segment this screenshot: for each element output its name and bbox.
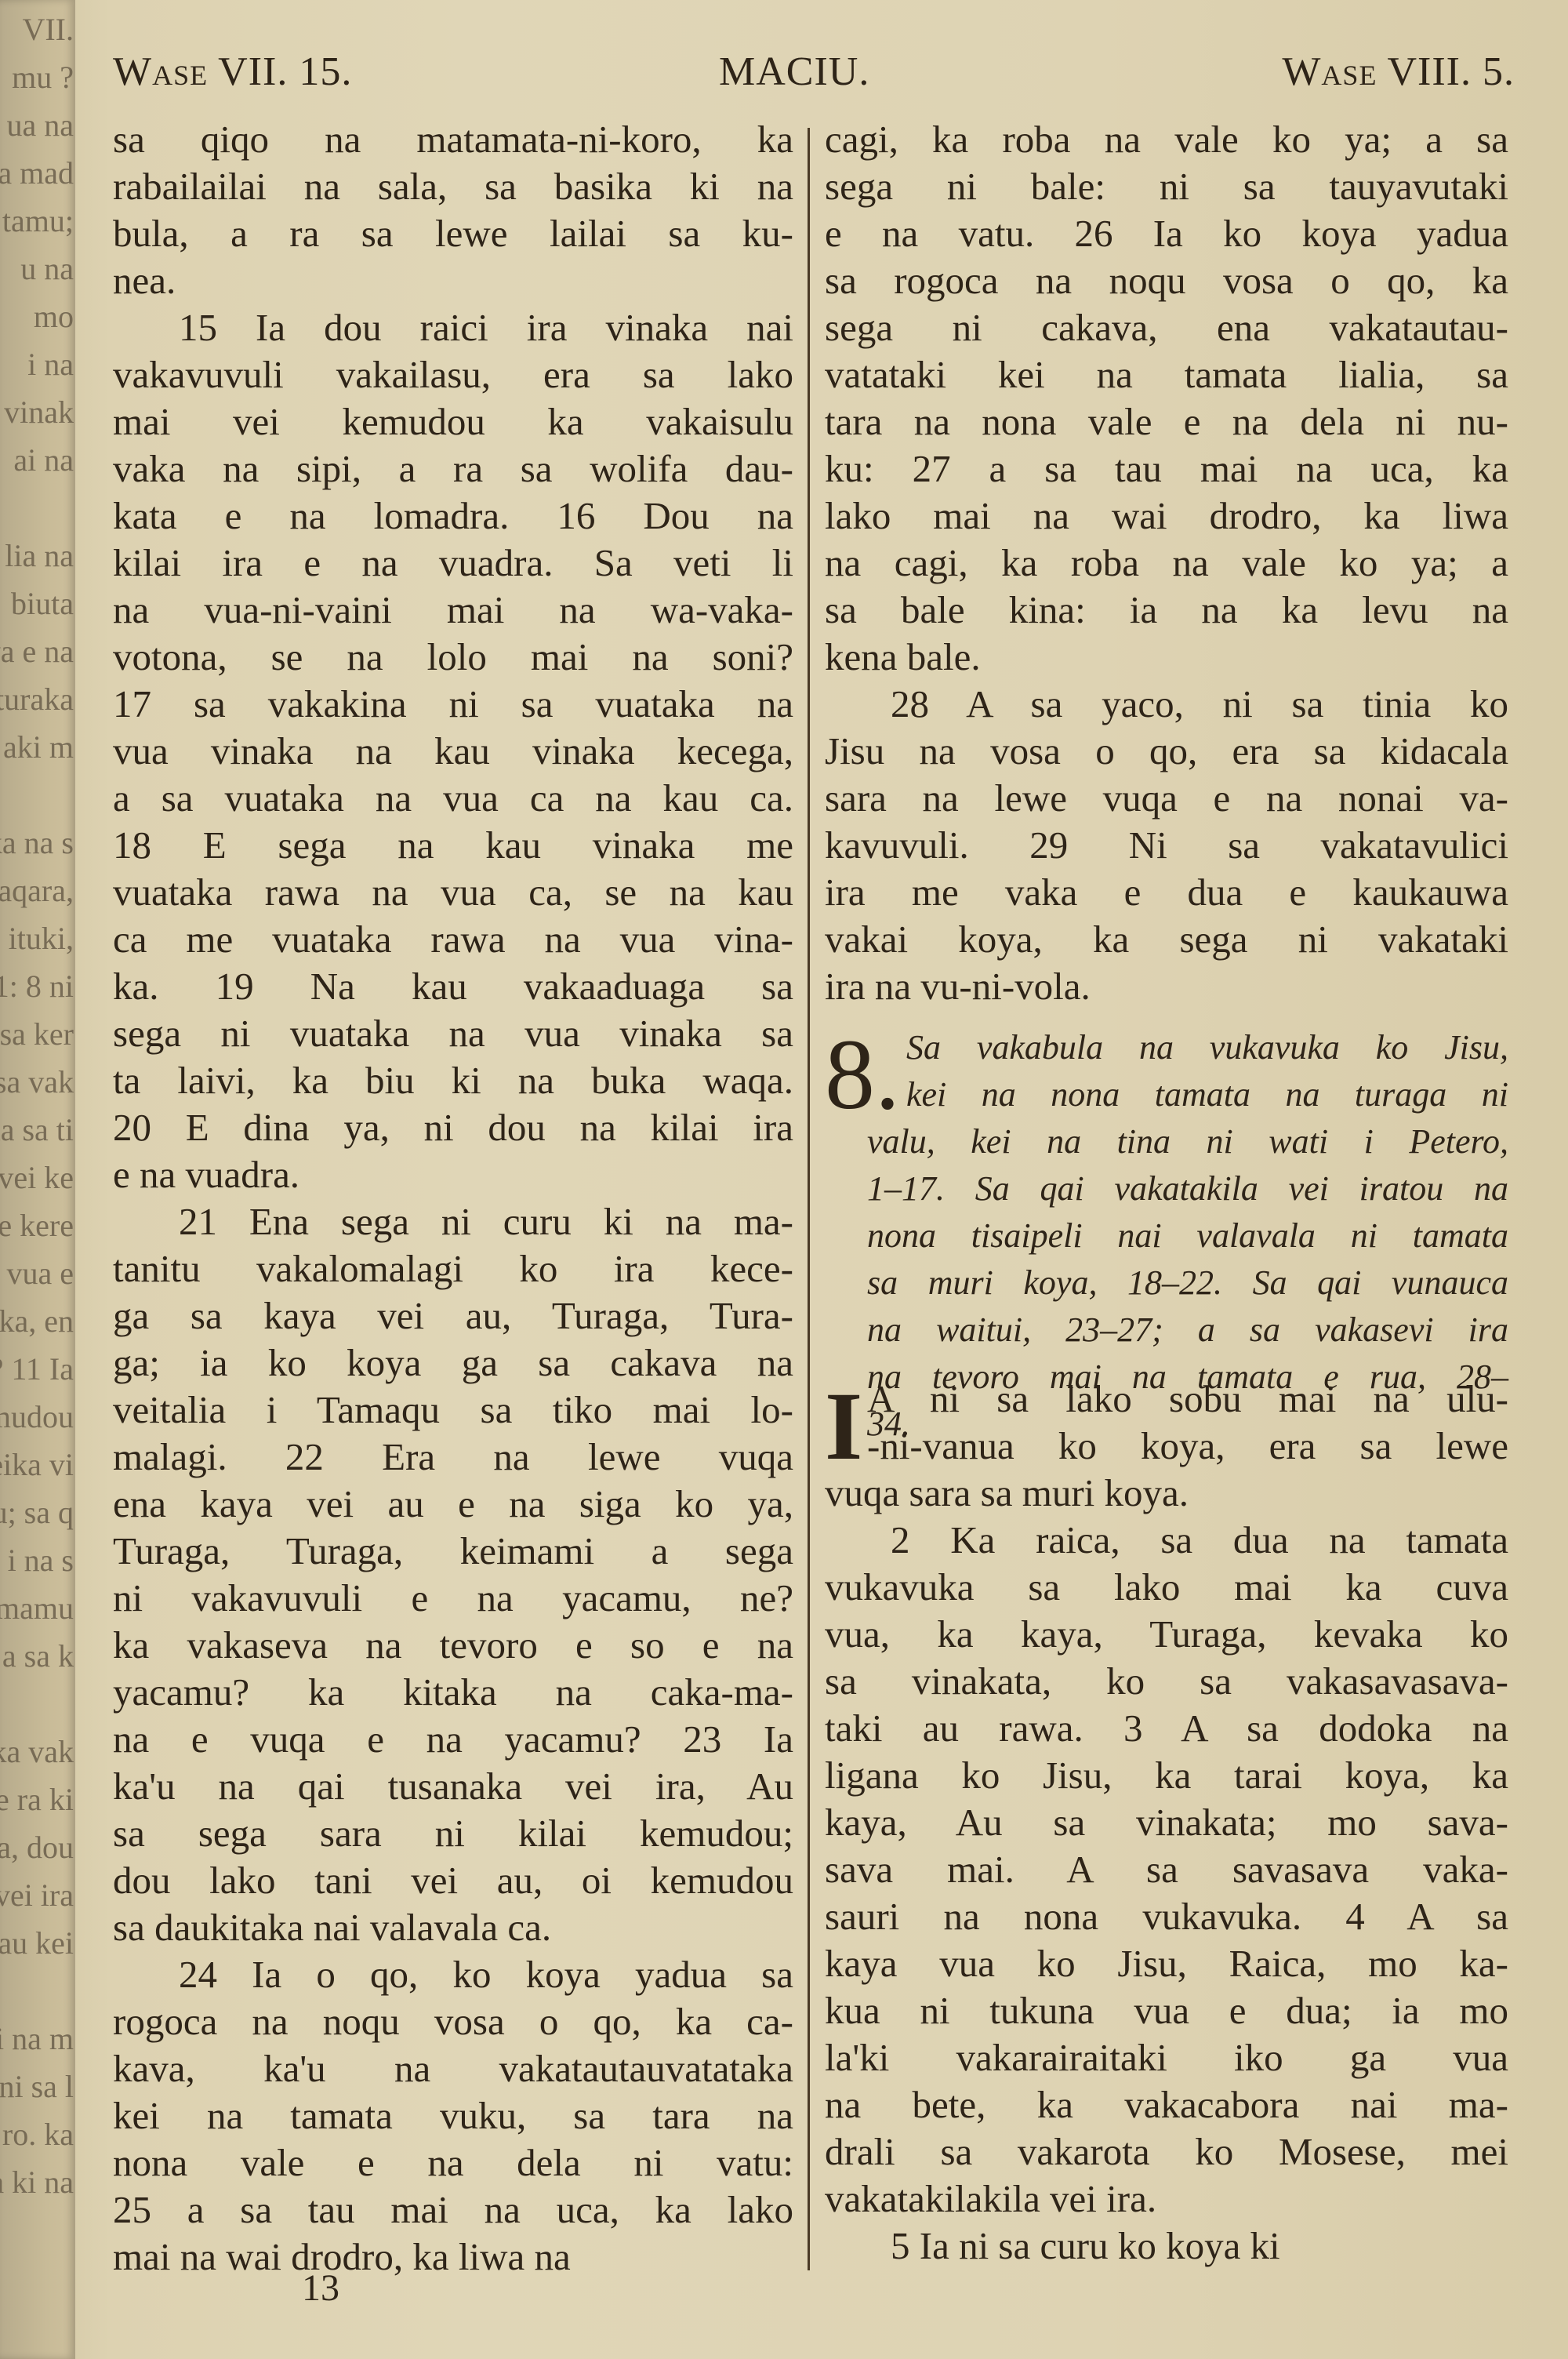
text-line: na cagi, ka roba na vale ko ya; a: [825, 540, 1508, 587]
text-line: sega ni bale: ni sa tauyavutaki: [825, 163, 1508, 210]
text-line: -ni-vanua ko koya, era sa lewe: [825, 1423, 1508, 1470]
text-line: Turaga, Turaga, keimami a sega: [113, 1528, 793, 1575]
bleed-text-fragment: e kere: [0, 1207, 74, 1244]
chapter-number: 8.: [825, 1027, 900, 1121]
text-line: 25 a sa tau mai na uca, ka lako: [113, 2186, 793, 2234]
text-line: ira na vu-ni-vola.: [825, 963, 1508, 1010]
text-line: ta laivi, ka biu ki na buka waqa.: [113, 1057, 793, 1104]
text-line: na waitui, 23–27; a sa vakasevi ira: [825, 1307, 1508, 1354]
text-line: bula, a ra sa lewe lailai sa ku-: [113, 210, 793, 257]
bleed-text-fragment: va e na: [0, 633, 74, 670]
text-line: sa bale kina: ia na ka levu na: [825, 587, 1508, 634]
header-book-title: MACIU.: [719, 49, 869, 95]
text-line: Sa vakabula na vukavuka ko Jisu,: [825, 1024, 1508, 1071]
text-line: kei na nona tamata na turaga ni: [825, 1071, 1508, 1118]
text-line: lako mai na wai drodro, ka liwa: [825, 493, 1508, 540]
text-line: veitalia i Tamaqu sa tiko mai lo-: [113, 1387, 793, 1434]
text-line: sava mai. A sa savasava vaka-: [825, 1846, 1508, 1893]
text-line: na bete, ka vakacabora nai ma-: [825, 2081, 1508, 2128]
bleed-text-fragment: tamu;: [2, 202, 74, 239]
bleed-text-fragment: a vinak: [0, 394, 74, 431]
bleed-text-fragment: ro. ka: [2, 2116, 74, 2153]
bleed-text-fragment: me ra ki: [0, 1781, 74, 1818]
text-line: vuataka rawa na vua ca, se na kau: [113, 869, 793, 916]
text-line: vakai koya, ka sega ni vakataki: [825, 916, 1508, 963]
text-line: a sa vuataka na vua ca na kau ca.: [113, 775, 793, 822]
text-line: vukavuka sa lako mai ka cuva: [825, 1564, 1508, 1611]
bleed-text-fragment: mo: [34, 298, 74, 335]
bleed-text-fragment: vei ke: [0, 1159, 74, 1196]
text-line: yacamu? ka kitaka na caka-ma-: [113, 1669, 793, 1716]
text-line: sega ni cakava, ena vakatautau-: [825, 304, 1508, 351]
text-line: sara na lewe vuqa e na nonai va-: [825, 775, 1508, 822]
text-line: rabailailai na sala, sa basika ki na: [113, 163, 793, 210]
text-line: kilai ira e na vuadra. Sa veti li: [113, 540, 793, 587]
text-line: vuqa sara sa muri koya.: [825, 1470, 1508, 1517]
text-line: ka vakaseva na tevoro e so e na: [113, 1622, 793, 1669]
header-right-reference: Wase VIII. 5.: [1282, 49, 1515, 95]
text-line: 17 sa vakakina ni sa vuataka na: [113, 681, 793, 728]
text-line: e na vuadra.: [113, 1151, 793, 1198]
facing-page-edge: VII.mu ?ua naa madtamu;u namoi naa vinak…: [0, 0, 75, 2359]
chapter-opening: I A ni sa lako sobu mai na ulu--ni-vanua…: [825, 1376, 1508, 2270]
left-column: sa qiqo na matamata-ni-koro, karabailail…: [113, 116, 793, 2281]
text-line: A ni sa lako sobu mai na ulu-: [825, 1376, 1508, 1423]
bleed-text-fragment: ni sa l: [0, 2068, 74, 2105]
bleed-text-fragment: aki m: [3, 729, 74, 765]
bleed-text-fragment: a sa k: [2, 1637, 74, 1674]
bleed-text-fragment: a sa vak: [0, 1063, 74, 1100]
text-line: sa qiqo na matamata-ni-koro, ka: [113, 116, 793, 163]
bleed-text-fragment: ka na s: [0, 824, 74, 861]
text-line: ena kaya vei au e na siga ko ya,: [113, 1481, 793, 1528]
bleed-text-fragment: ituki,: [9, 920, 74, 957]
bleed-text-fragment: ika, en: [0, 1303, 74, 1339]
text-line: tanitu vakalomalagi ko ira kece-: [113, 1245, 793, 1292]
text-line: drali sa vakarota ko Mosese, mei: [825, 2128, 1508, 2175]
running-header: Wase VII. 15. MACIU. Wase VIII. 5.: [113, 49, 1515, 96]
text-line: nona tisaipeli nai valavala ni tamata: [825, 1212, 1508, 1259]
text-line: sa sega sara ni kilai kemudou;: [113, 1810, 793, 1857]
bleed-text-fragment: VII.: [22, 11, 74, 48]
bleed-text-fragment: ai na: [13, 442, 74, 478]
bleed-text-fragment: i na: [27, 346, 74, 383]
bleed-text-fragment: Tamamu: [0, 1590, 74, 1627]
text-line: mai na wai drodro, ka liwa na: [113, 2234, 793, 2281]
bleed-text-fragment: ka vak: [0, 1733, 74, 1770]
text-line: 5 Ia ni sa curu ko koya ki: [825, 2223, 1508, 2270]
bleed-text-fragment: sa ker: [0, 1016, 74, 1052]
bleed-text-fragment: vei ira: [0, 1877, 74, 1914]
text-line: ca me vuataka rawa na vua vina-: [113, 916, 793, 963]
right-column-verses-ch7: cagi, ka roba na vale ko ya; a sasega ni…: [825, 116, 1508, 1010]
text-line: ga; ia ko koya ga sa cakava na: [113, 1339, 793, 1387]
text-line: vakavuvuli vakailasu, era sa lako: [113, 351, 793, 398]
text-line: sa muri koya, 18–22. Sa qai vunauca: [825, 1259, 1508, 1307]
text-line: e na vatu. 26 Ia ko koya yadua: [825, 210, 1508, 257]
text-line: 24 Ia o qo, ko koya yadua sa: [113, 1951, 793, 1998]
bleed-text-fragment: a vua e: [0, 1255, 74, 1292]
text-line: taki au rawa. 3 A sa dodoka na: [825, 1705, 1508, 1752]
text-line: la'ki vakarairaitaki iko ga vua: [825, 2034, 1508, 2081]
text-line: sauri na nona vukavuka. 4 A sa: [825, 1893, 1508, 1940]
text-line: sa daukitaka nai valavala ca.: [113, 1904, 793, 1951]
right-column-verses-ch8: A ni sa lako sobu mai na ulu--ni-vanua k…: [825, 1376, 1508, 2270]
bleed-text-fragment: ? 11 Ia: [0, 1350, 74, 1387]
text-line: vatataki kei na tamata lialia, sa: [825, 351, 1508, 398]
text-line: sega ni vuataka na vua vinaka sa: [113, 1010, 793, 1057]
bleed-text-fragment: eika vi: [0, 1446, 74, 1483]
text-line: ka'u na qai tusanaka vei ira, Au: [113, 1763, 793, 1810]
text-line: kavuvuli. 29 Ni sa vakatavulici: [825, 822, 1508, 869]
book-page: VII.mu ?ua naa madtamu;u namoi naa vinak…: [0, 0, 1568, 2359]
text-line: nea.: [113, 257, 793, 304]
bleed-text-fragment: mu ?: [12, 59, 74, 96]
text-line: kena bale.: [825, 634, 1508, 681]
text-line: mai vei kemudou ka vakaisulu: [113, 398, 793, 445]
text-line: 1–17. Sa qai vakatakila vei iratou na: [825, 1165, 1508, 1212]
bleed-text-fragment: 1: 8 ni: [0, 968, 74, 1005]
bleed-text-fragment: biuta: [11, 585, 74, 622]
text-line: vua, ka kaya, Turaga, kevaka ko: [825, 1611, 1508, 1658]
bleed-text-fragment: ka ki na: [0, 2164, 74, 2201]
text-line: valu, kei na tina ni wati i Petero,: [825, 1118, 1508, 1165]
page-number: 13: [302, 2266, 339, 2310]
text-line: nona vale e na dela ni vatu:: [113, 2139, 793, 2186]
bleed-text-fragment: emudou: [0, 1398, 74, 1435]
text-line: votona, se na lolo mai na soni?: [113, 634, 793, 681]
text-line: 21 Ena sega ni curu ki na ma-: [113, 1198, 793, 1245]
text-line: ku: 27 a sa tau mai na uca, ka: [825, 445, 1508, 493]
bleed-text-fragment: nata, dou: [0, 1829, 74, 1866]
text-line: kua ni tukuna vua e dua; ia mo: [825, 1987, 1508, 2034]
text-line: 18 E sega na kau vinaka me: [113, 822, 793, 869]
bleed-text-fragment: u na: [20, 250, 74, 287]
text-line: Jisu na vosa o qo, era sa kidacala: [825, 728, 1508, 775]
text-line: rogoca na noqu vosa o qo, ka ca-: [113, 1998, 793, 2045]
bleed-text-fragment: u; sa q: [0, 1494, 74, 1531]
text-line: kava, ka'u na vakatautauvatataka: [113, 2045, 793, 2092]
bleed-text-fragment: ki na m: [0, 2020, 74, 2057]
text-line: sa rogoca na noqu vosa o qo, ka: [825, 257, 1508, 304]
bleed-text-fragment: i na s: [8, 1542, 74, 1579]
text-line: vua vinaka na kau vinaka kecega,: [113, 728, 793, 775]
text-line: tara na nona vale e na dela ni nu-: [825, 398, 1508, 445]
text-line: cagi, ka roba na vale ko ya; a sa: [825, 116, 1508, 163]
header-left-reference: Wase VII. 15.: [113, 49, 352, 95]
column-rule: [808, 128, 810, 2270]
bleed-text-fragment: lia na: [5, 537, 74, 574]
chapter-summary: 8. Sa vakabula na vukavuka ko Jisu,kei n…: [825, 1024, 1508, 1355]
bleed-text-fragment: turaka: [0, 681, 74, 718]
text-line: na vua-ni-vaini mai na wa-vaka-: [113, 587, 793, 634]
bleed-text-fragment: a mad: [0, 154, 74, 191]
text-line: ligana ko Jisu, ka tarai koya, ka: [825, 1752, 1508, 1799]
right-column: cagi, ka roba na vale ko ya; a sasega ni…: [825, 116, 1508, 2270]
text-line: ira me vaka e dua e kaukauwa: [825, 869, 1508, 916]
text-line: dou lako tani vei au, oi kemudou: [113, 1857, 793, 1904]
text-line: sa vinakata, ko sa vakasavasava-: [825, 1658, 1508, 1705]
bleed-text-fragment: na sa ti: [0, 1111, 74, 1148]
text-line: vaka na sipi, a ra sa wolifa dau-: [113, 445, 793, 493]
text-line: malagi. 22 Era na lewe vuqa: [113, 1434, 793, 1481]
text-line: na e vuqa e na yacamu? 23 Ia: [113, 1716, 793, 1763]
bleed-text-fragment: nau kei: [0, 1925, 74, 1961]
bleed-text-fragment: aqara,: [0, 872, 74, 909]
text-line: kata e na lomadra. 16 Dou na: [113, 493, 793, 540]
text-line: ga sa kaya vei au, Turaga, Tura-: [113, 1292, 793, 1339]
text-line: ni vakavuvuli e na yacamu, ne?: [113, 1575, 793, 1622]
bleed-text-fragment: ua na: [6, 107, 74, 144]
text-line: kaya, Au sa vinakata; mo sava-: [825, 1799, 1508, 1846]
text-line: 2 Ka raica, sa dua na tamata: [825, 1517, 1508, 1564]
text-line: 20 E dina ya, ni dou na kilai ira: [113, 1104, 793, 1151]
text-line: 28 A sa yaco, ni sa tinia ko: [825, 681, 1508, 728]
text-line: 15 Ia dou raici ira vinaka nai: [113, 304, 793, 351]
text-line: vakatakilakila vei ira.: [825, 2175, 1508, 2223]
drop-cap: I: [825, 1383, 862, 1470]
text-line: kei na tamata vuku, sa tara na: [113, 2092, 793, 2139]
text-line: kaya vua ko Jisu, Raica, mo ka-: [825, 1940, 1508, 1987]
text-line: ka. 19 Na kau vakaaduaga sa: [113, 963, 793, 1010]
